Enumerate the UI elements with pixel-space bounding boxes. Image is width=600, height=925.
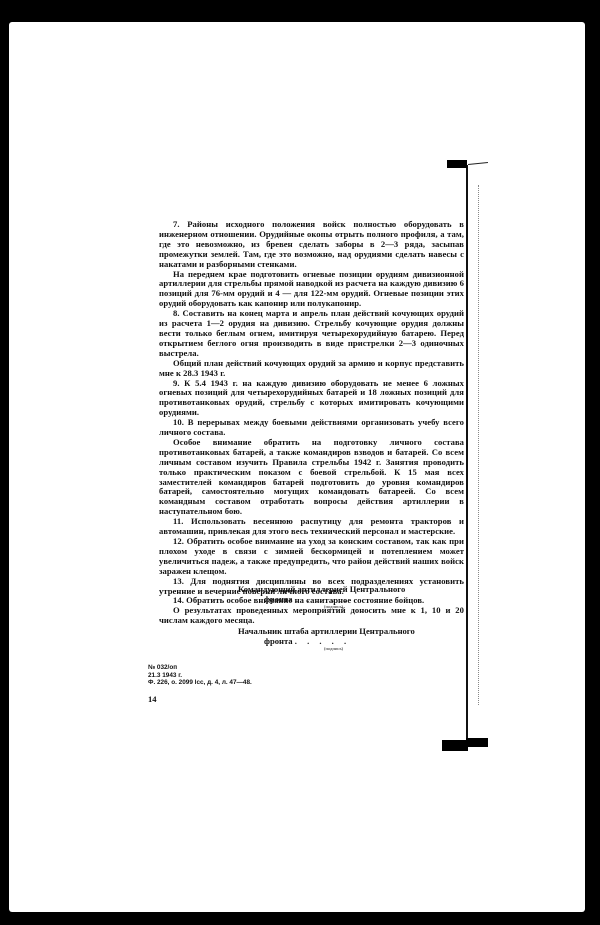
paragraph-general-plan: Общий план действий кочующих орудий за а… [159,359,464,379]
archive-citation: Ф. 226, о. 2099 lсс, д. 4, л. 47—48. [148,679,252,687]
paragraph-front-line: На переднем крае подготовить огневые поз… [159,270,464,310]
document-page: 7. Районы исходного положения войск полн… [9,22,585,912]
paragraph-10: 10. В перерывах между боевыми действиями… [159,418,464,438]
signature-title: Командующий артиллерией Центрального [238,584,458,594]
document-number: № 032/оп [148,664,252,672]
signature-front: фронта [264,636,293,646]
paragraph-9: 9. К 5.4 1943 г. на каждую дивизию обору… [159,379,464,419]
document-body: 7. Районы исходного положения войск полн… [159,220,464,626]
paragraph-11: 11. Использовать весеннюю распутицу для … [159,517,464,537]
document-date: 21.3 1943 г. [148,672,252,680]
margin-mark-top [447,160,467,168]
archive-reference: № 032/оп 21.3 1943 г. Ф. 226, о. 2099 lс… [148,664,252,687]
paragraph-12: 12. Обратить особое внимание на уход за … [159,537,464,577]
signature-commander: Командующий артиллерией Центрального фро… [238,584,458,610]
margin-mark-bottom-right [466,738,488,747]
paragraph-7: 7. Районы исходного положения войск полн… [159,220,464,270]
signature-dots: . . . . . [295,594,350,604]
signature-front: фронта [264,594,293,604]
signature-label: (подпись) [264,646,458,652]
paragraph-8: 8. Составить на конец марта и апрель пла… [159,309,464,359]
paragraph-special-attention: Особое внимание обратить на подготовку л… [159,438,464,517]
signature-dots: . . . . . [295,636,350,646]
margin-dotted-line [478,185,480,705]
page-number: 14 [148,694,157,704]
binding-margin-line [466,165,468,749]
signature-chief-of-staff: Начальник штаба артиллерии Центрального … [238,626,458,652]
margin-mark-bottom [442,740,468,751]
signature-title: Начальник штаба артиллерии Центрального [238,626,458,636]
signature-block: Командующий артиллерией Центрального фро… [238,584,458,668]
signature-label: (подпись) [264,604,458,610]
